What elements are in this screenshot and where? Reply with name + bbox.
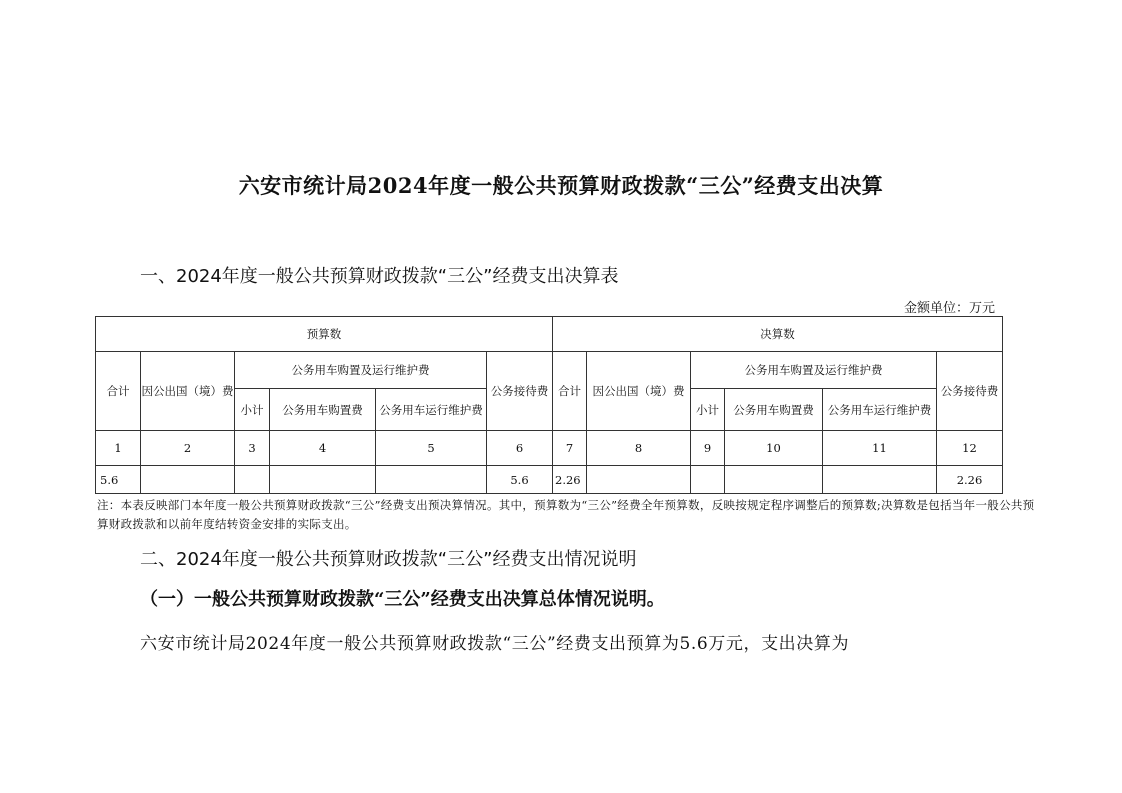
section1-heading: 一、2024年度一般公共预算财政拨款“三公”经费支出决算表 xyxy=(140,262,618,288)
unit-label: 金额单位：万元 xyxy=(904,297,995,316)
final-vehicle-subtotal-value xyxy=(691,466,725,494)
final-group-header: 决算数 xyxy=(553,317,1003,352)
section2-heading: 二、2024年度一般公共预算财政拨款“三公”经费支出情况说明 xyxy=(140,545,636,571)
budget-reception-header: 公务接待费 xyxy=(487,352,553,431)
budget-overseas-header: 因公出国（境）费 xyxy=(141,352,235,431)
final-vehicle-subtotal-header: 小计 xyxy=(691,389,725,431)
budget-group-header: 预算数 xyxy=(96,317,553,352)
final-reception-header: 公务接待费 xyxy=(937,352,1003,431)
budget-vehicle-subtotal-value xyxy=(235,466,270,494)
column-number: 12 xyxy=(937,431,1003,466)
budget-vehicle-purchase-value xyxy=(270,466,376,494)
final-total-value: 2.26 xyxy=(553,466,587,494)
document-title: 六安市统计局2024年度一般公共预算财政拨款“三公”经费支出决算 xyxy=(0,170,1122,200)
column-number: 10 xyxy=(725,431,823,466)
column-number-row: 1 2 3 4 5 6 7 8 9 10 11 12 xyxy=(96,431,1003,466)
final-total-header: 合计 xyxy=(553,352,587,431)
paragraph-1: 六安市统计局2024年度一般公共预算财政拨款“三公”经费支出预算为5.6万元，支… xyxy=(140,629,849,654)
budget-total-value: 5.6 xyxy=(96,466,141,494)
budget-vehicle-operation-value xyxy=(376,466,487,494)
budget-total-header: 合计 xyxy=(96,352,141,431)
column-number: 1 xyxy=(96,431,141,466)
column-number: 8 xyxy=(587,431,691,466)
final-vehicle-operation-header: 公务用车运行维护费 xyxy=(823,389,937,431)
budget-vehicle-group-header: 公务用车购置及运行维护费 xyxy=(235,352,487,389)
column-number: 9 xyxy=(691,431,725,466)
final-vehicle-purchase-header: 公务用车购置费 xyxy=(725,389,823,431)
budget-vehicle-purchase-header: 公务用车购置费 xyxy=(270,389,376,431)
final-overseas-header: 因公出国（境）费 xyxy=(587,352,691,431)
three-public-expenses-table: 预算数 决算数 合计 因公出国（境）费 公务用车购置及运行维护费 公务接待费 合… xyxy=(95,316,1003,494)
table-note: 注：本表反映部门本年度一般公共预算财政拨款“三公”经费支出预决算情况。其中，预算… xyxy=(97,496,1037,534)
column-number: 3 xyxy=(235,431,270,466)
final-vehicle-purchase-value xyxy=(725,466,823,494)
column-number: 6 xyxy=(487,431,553,466)
value-row: 5.6 5.6 2.26 2.26 xyxy=(96,466,1003,494)
budget-overseas-value xyxy=(141,466,235,494)
column-number: 2 xyxy=(141,431,235,466)
budget-reception-value: 5.6 xyxy=(487,466,553,494)
final-overseas-value xyxy=(587,466,691,494)
budget-vehicle-operation-header: 公务用车运行维护费 xyxy=(376,389,487,431)
final-reception-value: 2.26 xyxy=(937,466,1003,494)
column-number: 4 xyxy=(270,431,376,466)
column-number: 5 xyxy=(376,431,487,466)
subsection1-heading: （一）一般公共预算财政拨款“三公”经费支出决算总体情况说明。 xyxy=(140,585,665,611)
budget-vehicle-subtotal-header: 小计 xyxy=(235,389,270,431)
column-number: 11 xyxy=(823,431,937,466)
final-vehicle-operation-value xyxy=(823,466,937,494)
final-vehicle-group-header: 公务用车购置及运行维护费 xyxy=(691,352,937,389)
column-number: 7 xyxy=(553,431,587,466)
